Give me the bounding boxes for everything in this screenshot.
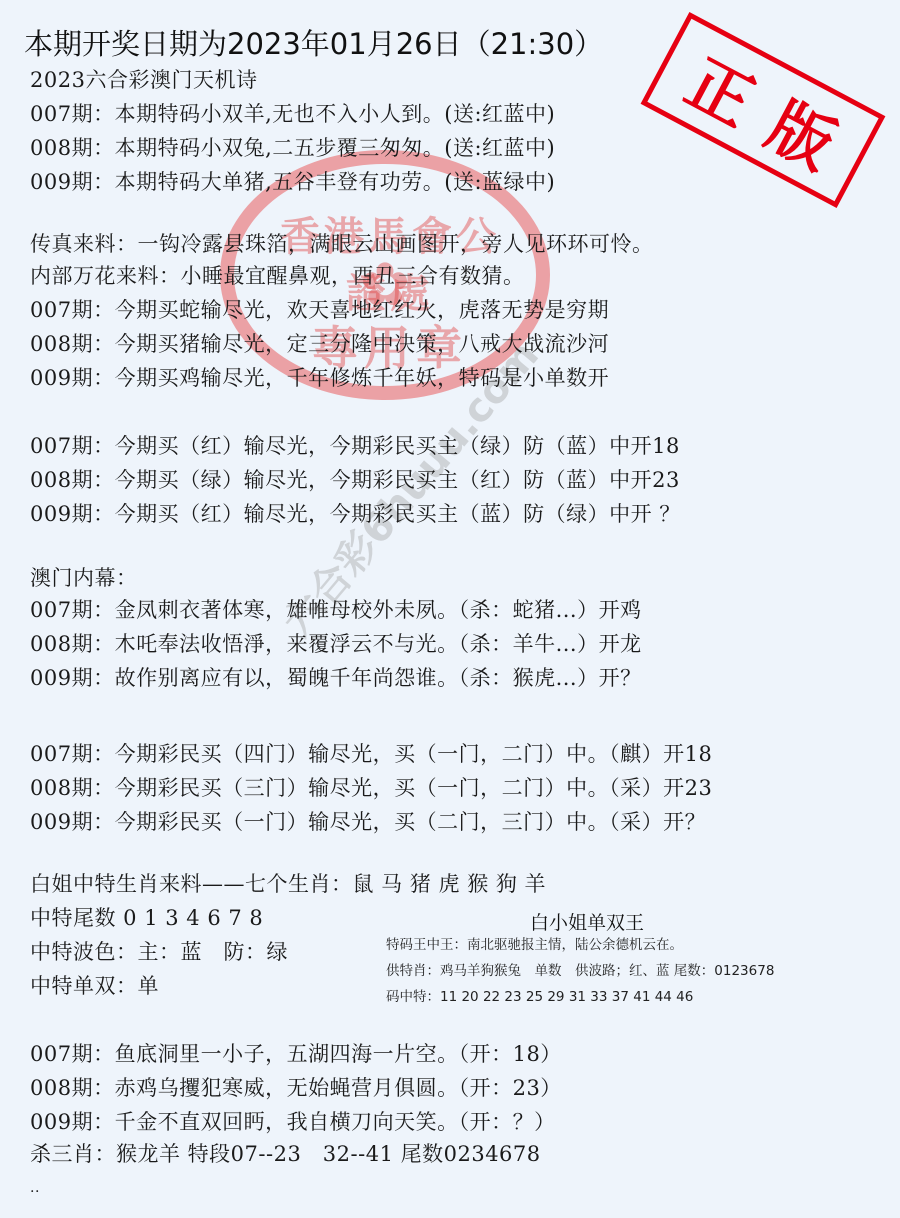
bai-box-line: 供特肖：鸡马羊狗猴兔 单数 供波路；红、蓝 尾数：0123678 [386, 961, 774, 981]
poem-line: 007期：本期特码小双羊,无也不入小人到。(送:红蓝中) [30, 100, 555, 128]
wave-line: 中特波色：主：蓝 防：绿 [30, 938, 288, 966]
kill-three-line: 杀三肖：猴龙羊 特段07--23 32--41 尾数0234678 [30, 1140, 541, 1168]
fax-line: 007期：今期买蛇输尽光，欢天喜地红红火，虎落无势是穷期 [30, 296, 609, 324]
tail-line: 中特尾数 0 1 3 4 6 7 8 [30, 904, 263, 932]
door-line: 007期：今期彩民买（四门）输尽光，买（一门，二门）中。（麒）开18 [30, 740, 712, 768]
macau-line: 007期：金凤刺衣著体寒，雄帷母校外未夙。（杀：蛇猪...）开鸡 [30, 596, 642, 624]
zhengban-stamp: 正版 [641, 12, 886, 208]
final-line: 008期：赤鸡乌攫犯寒威，无始蝇营月俱圆。（开：23） [30, 1074, 562, 1102]
bai-box-line: 特码王中王：南北驱驰报主情，陆公余德机云在。 [386, 935, 683, 955]
fax-line: 008期：今期买猪输尽光，定三分隆中决策，八戒大战流沙河 [30, 330, 609, 358]
subtitle: 2023六合彩澳门天机诗 [30, 66, 257, 94]
trailing-dots: .. [30, 1174, 40, 1202]
color-line: 007期：今期买（红）输尽光，今期彩民买主（绿）防（蓝）中开18 [30, 432, 680, 460]
final-line: 007期：鱼底洞里一小子，五湖四海一片空。（开：18） [30, 1040, 562, 1068]
bai-box-line: 码中特：11 20 22 23 25 29 31 33 37 41 44 46 [386, 987, 693, 1007]
final-line: 009期：千金不直双回眄，我自横刀向天笑。（开：？） [30, 1108, 556, 1136]
color-line: 008期：今期买（绿）输尽光，今期彩民买主（红）防（蓝）中开23 [30, 466, 680, 494]
door-line: 008期：今期彩民买（三门）输尽光，买（一门，二门）中。（采）开23 [30, 774, 712, 802]
poem-line: 008期：本期特码小双兔,二五步覆三匆匆。(送:红蓝中) [30, 134, 555, 162]
door-line: 009期：今期彩民买（一门）输尽光，买（二门，三门）中。（采）开？ [30, 808, 706, 836]
macau-heading: 澳门内幕： [30, 564, 138, 592]
fax-line: 009期：今期买鸡输尽光，千年修炼千年妖，特码是小单数开 [30, 364, 609, 392]
macau-line: 008期：木吒奉法收悟淨，来覆浮云不与光。（杀：羊牛...）开龙 [30, 630, 642, 658]
color-line: 009期：今期买（红）输尽光，今期彩民买主（蓝）防（绿）中开 ？ [30, 500, 681, 528]
fax-line: 传真来料：一钩冷露县珠箔，满眼云山画图开，旁人见环环可怜。 [30, 230, 654, 258]
poem-line: 009期：本期特码大单猪,五谷丰登有功劳。(送:蓝绿中) [30, 168, 555, 196]
zhengban-text: 正版 [673, 33, 879, 201]
macau-line: 009期：故作别离应有以，蜀魄千年尚怨谁。（杀：猴虎...）开？ [30, 664, 642, 692]
bai-box-title: 白小姐单双王 [530, 908, 644, 935]
page-title: 本期开奖日期为2023年01月26日（21:30） [24, 26, 603, 62]
odd-even-line: 中特单双：单 [30, 972, 159, 1000]
zodiac-line: 白姐中特生肖来料——七个生肖：鼠 马 猪 虎 猴 狗 羊 [30, 870, 546, 898]
fax-line: 内部万花来料：小睡最宜醒鼻观，酉丑三合有数猜。 [30, 262, 525, 290]
